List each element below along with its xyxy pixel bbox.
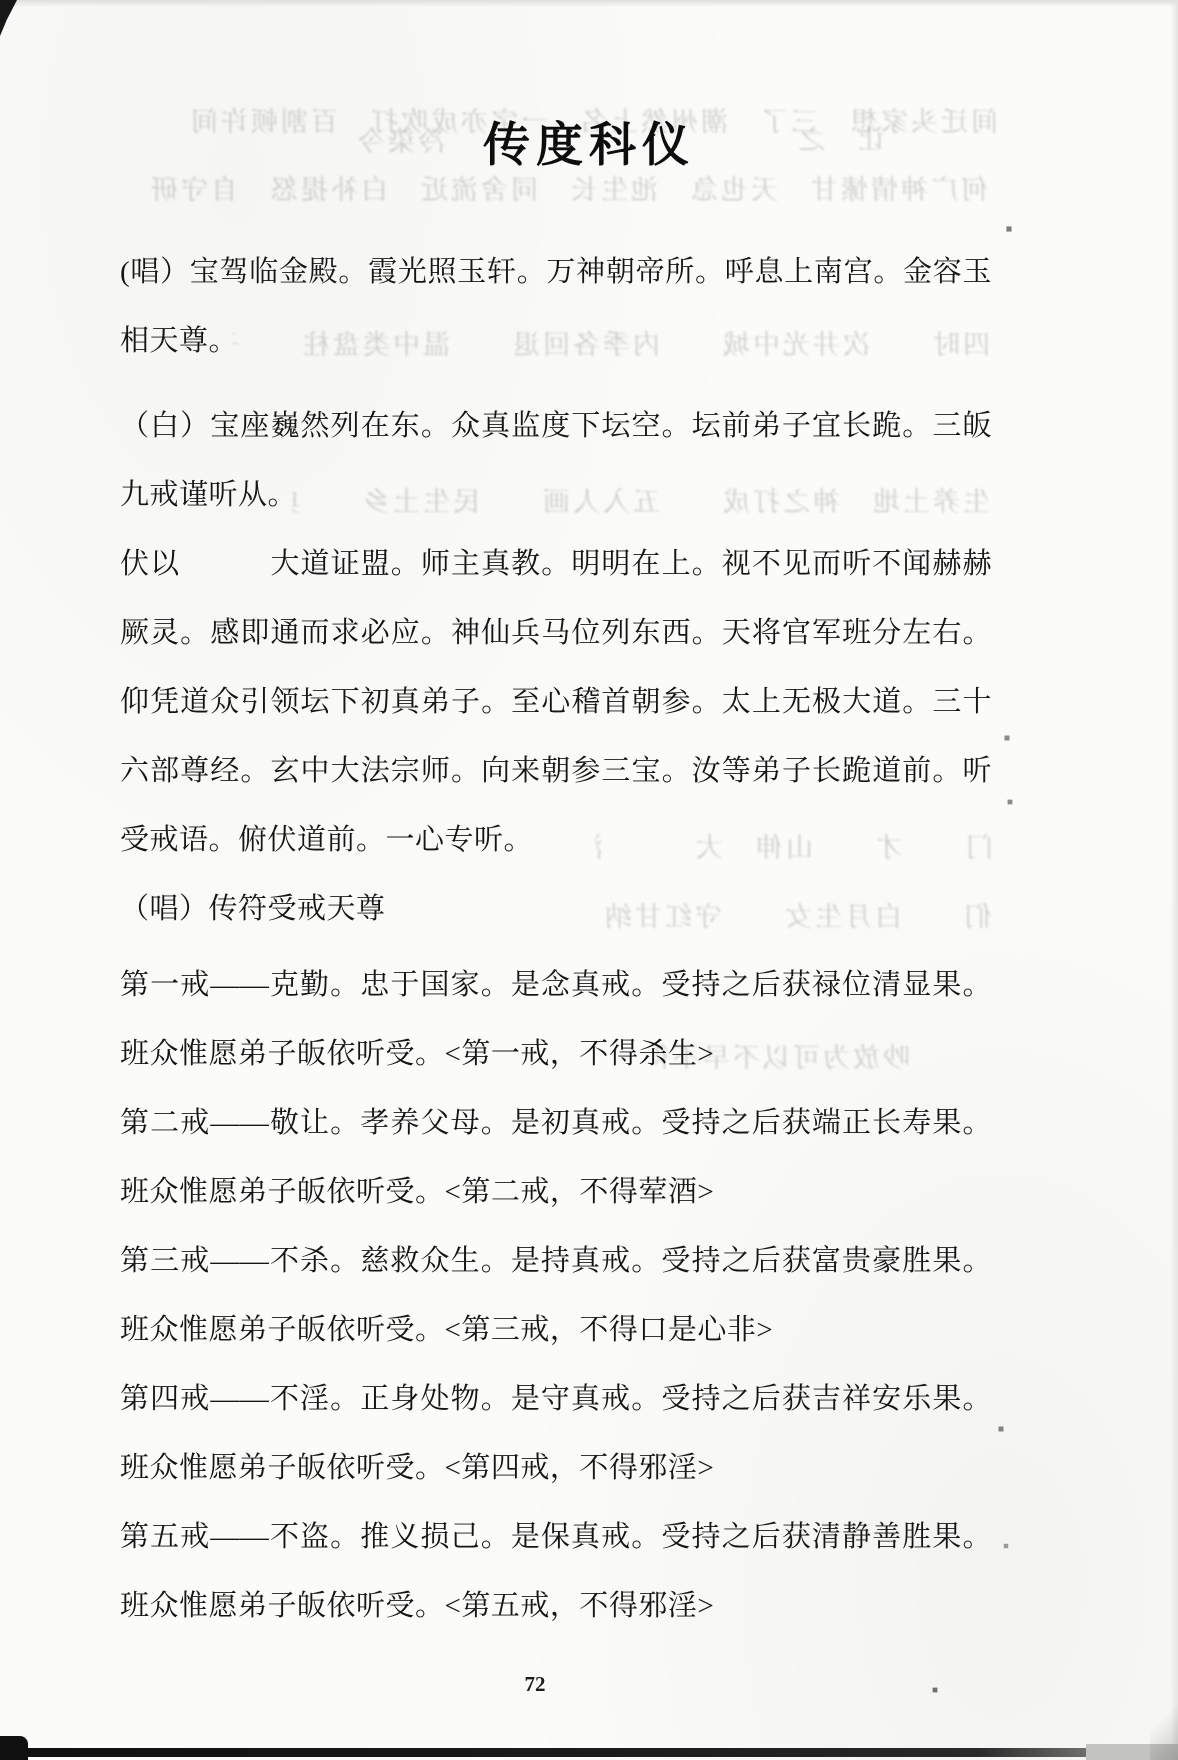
paragraph-chant-2: （唱）传符受戒天尊 [120,875,992,944]
page-number: 72 [120,1672,950,1697]
scan-artifact-bottom-left-corner [0,1736,28,1760]
scanned-page: 间迁头家想 三了 潮州然上名 一字亦成吹打 百割顿许间 何广神情愫甘 天也急 池… [0,0,1178,1760]
scan-artifact-ink-specks [0,0,2,2]
paragraph-chant-1: (唱）宝驾临金殿。霞光照玉轩。万神朝帝所。呼息上南宫。金容玉相天尊。 [120,238,992,376]
paragraph-precept-2: 第二戒——敬让。孝养父母。是初真戒。受持之后获端正长寿果。班众惟愿弟子皈依听受。… [120,1089,992,1227]
scan-artifact-bottom-edge [0,1748,1088,1757]
paragraph-recitation: （白）宝座巍然列在东。众真监度下坛空。坛前弟子宜长跪。三皈九戒谨听从。 [120,392,992,530]
paragraph-precept-4: 第四戒——不淫。正身处物。是守真戒。受持之后获吉祥安乐果。班众惟愿弟子皈依听受。… [120,1365,992,1503]
scan-artifact-top-edge [0,0,1178,7]
scan-artifact-bottom-right-edge [1086,1744,1178,1760]
paragraph-precept-3: 第三戒——不杀。慈救众生。是持真戒。受持之后获富贵豪胜果。班众惟愿弟子皈依听受。… [120,1227,992,1365]
paragraph-precept-1: 第一戒——克勤。忠于国家。是念真戒。受持之后获禄位清显果。班众惟愿弟子皈依听受。… [120,951,992,1089]
document-title: 传度科仪 [0,108,1178,175]
scan-artifact-bottom-right-shadow [1150,1690,1178,1760]
paragraph-precept-5: 第五戒——不盗。推义损己。是保真戒。受持之后获清静善胜果。班众惟愿弟子皈依听受。… [120,1503,992,1641]
scan-artifact-top-left-corner [0,0,17,36]
paragraph-invocation: 伏以 大道证盟。师主真教。明明在上。视不见而听不闻赫赫厥灵。感即通而求必应。神仙… [120,530,992,875]
document-body: (唱）宝驾临金殿。霞光照玉轩。万神朝帝所。呼息上南宫。金容玉相天尊。 （白）宝座… [120,238,992,1641]
scan-artifact-right-edge [1170,0,1178,1760]
